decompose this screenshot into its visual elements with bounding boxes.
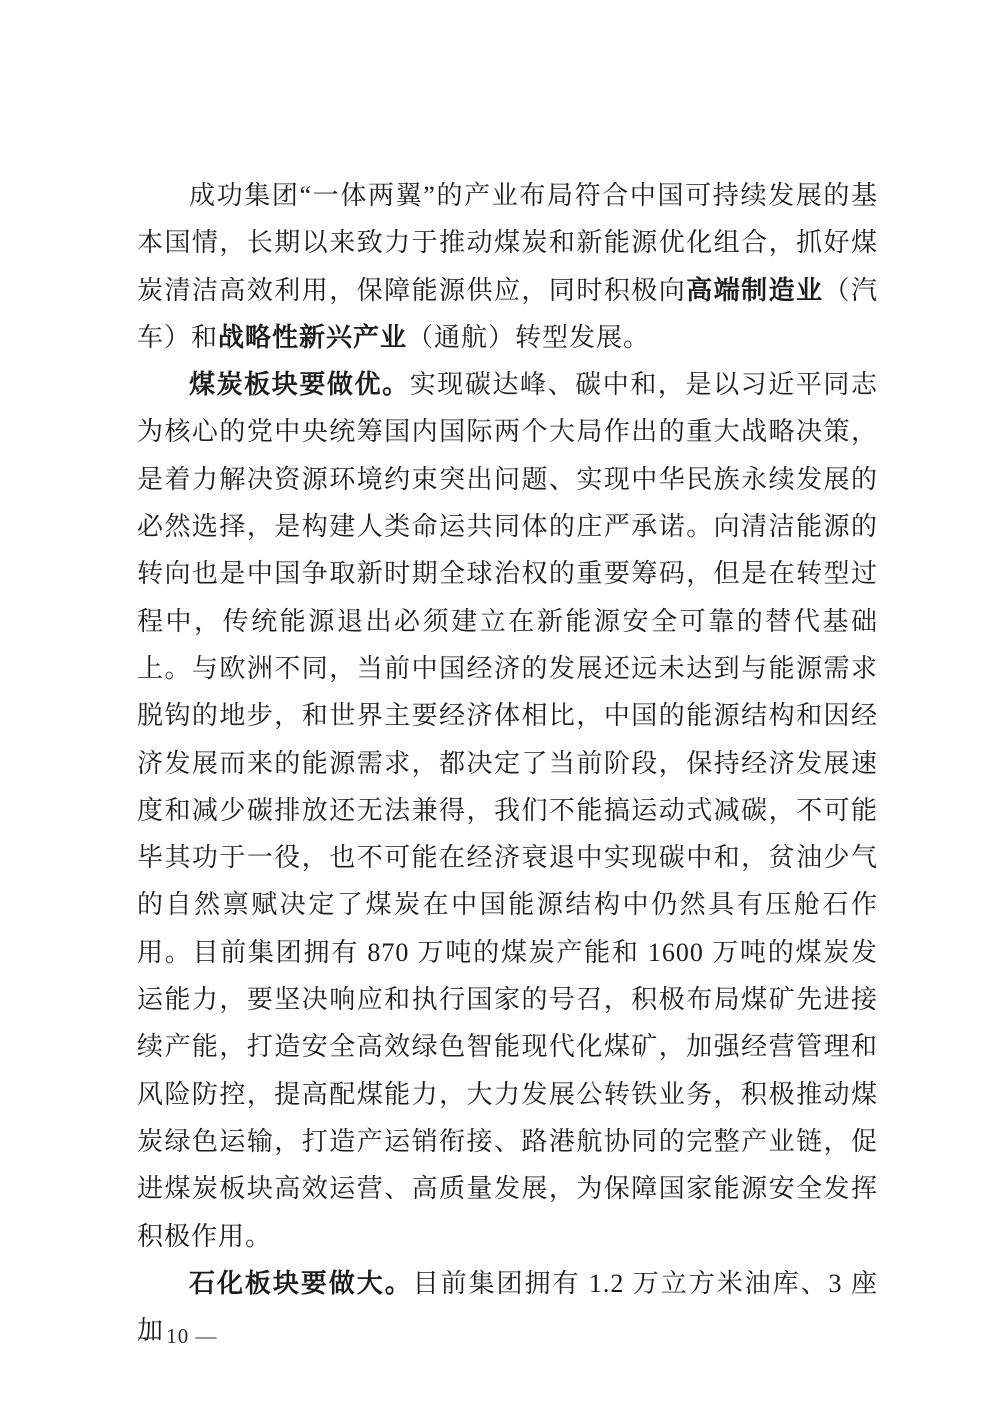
body-text: （通航）转型发展。 [407,323,650,352]
body-text: 实现碳达峰、碳中和，是以习近平同志为核心的党中央统筹国内国际两个大局作出的重大战… [137,370,878,1250]
section-heading-text: 煤炭板块要做优。 [189,370,410,399]
document-page: 成功集团“一体两翼”的产业布局符合中国可持续发展的基本国情，长期以来致力于推动煤… [0,0,1000,1414]
emphasis-text: 战略性新兴产业 [218,323,407,352]
emphasis-text: 高端制造业 [686,276,823,305]
page-number: — 10 — [138,1324,218,1349]
document-body: 成功集团“一体两翼”的产业布局符合中国可持续发展的基本国情，长期以来致力于推动煤… [137,172,878,1354]
section-heading-text: 石化板块要做大。 [189,1269,413,1298]
coal-section-paragraph: 煤炭板块要做优。实现碳达峰、碳中和，是以习近平同志为核心的党中央统筹国内国际两个… [137,361,878,1260]
petrochemical-section-paragraph: 石化板块要做大。目前集团拥有 1.2 万立方米油库、3 座加 [137,1260,878,1355]
intro-paragraph: 成功集团“一体两翼”的产业布局符合中国可持续发展的基本国情，长期以来致力于推动煤… [137,172,878,361]
